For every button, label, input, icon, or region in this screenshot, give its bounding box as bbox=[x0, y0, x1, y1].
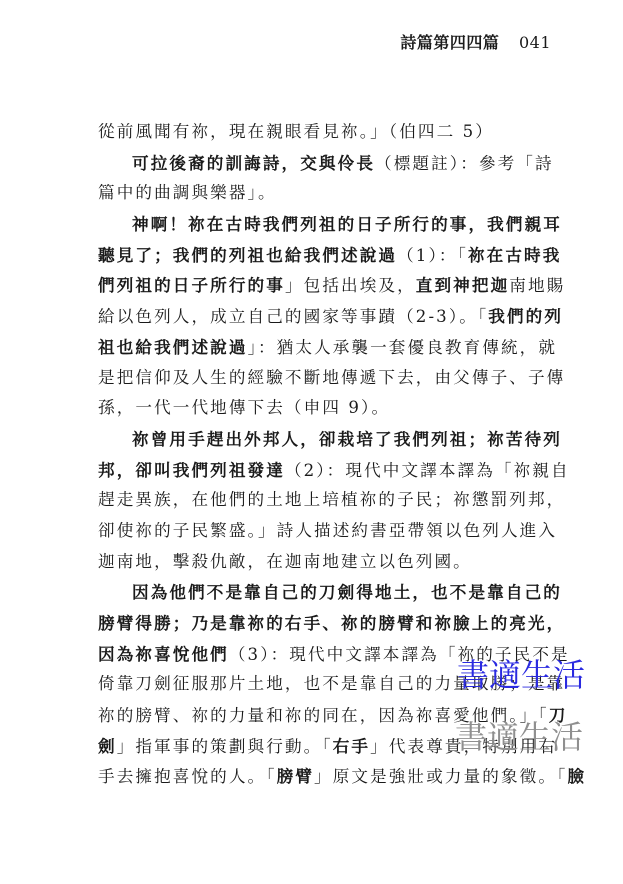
text-line: 趕走異族，在他們的土地上培植祢的子民；祢懲罰列邦， bbox=[98, 485, 543, 516]
commentary-text: 篇中的曲調與樂器」。 bbox=[98, 183, 277, 202]
text-line: 膀臂得勝；乃是靠祢的右手、祢的膀臂和祢臉上的亮光， bbox=[98, 608, 543, 639]
commentary-text: 」原文是強壯或力量的象徵。「 bbox=[314, 767, 567, 786]
running-header: 詩篇第四四篇 041 bbox=[400, 30, 551, 53]
text-line: 手去擁抱喜悅的人。「膀臂」原文是強壯或力量的象徵。「臉 bbox=[98, 761, 543, 792]
commentary-text: 」指軍事的策劃與行動。「 bbox=[117, 737, 333, 756]
bold-scripture-text: 可拉後裔的訓誨詩，交與伶長 bbox=[132, 153, 375, 173]
text-line: 孫，一代一代地傳下去（申四 9）。 bbox=[98, 393, 543, 424]
commentary-text: 」：猶太人承襲一套優良教育傳統，就 bbox=[248, 338, 558, 357]
commentary-text: 是把信仰及人生的經驗不斷地傳遞下去，由父傳子、子傳 bbox=[98, 368, 565, 387]
running-title: 詩篇第四四篇 bbox=[400, 33, 499, 52]
bold-scripture-text: 膀臂得勝；乃是靠祢的右手、祢的膀臂和祢臉上的亮光， bbox=[98, 613, 565, 633]
commentary-text: （2）：現代中文譯本譯為「祢親自 bbox=[285, 461, 570, 480]
text-line: 可拉後裔的訓誨詩，交與伶長（標題註）：參考「詩 bbox=[98, 148, 543, 179]
text-line: 迦南地，擊殺仇敵，在迦南地建立以色列國。 bbox=[98, 547, 543, 578]
bold-scripture-text: 神啊！祢在古時我們列祖的日子所行的事，我們親耳 bbox=[132, 214, 562, 234]
bold-scripture-text: 右手 bbox=[333, 736, 370, 756]
text-line: 篇中的曲調與樂器」。 bbox=[98, 178, 543, 209]
text-line: 從前風聞有祢，現在親眼看見祢。」（伯四二 5） bbox=[98, 117, 543, 148]
bold-scripture-text: 臉 bbox=[567, 766, 586, 786]
text-line: 祢曾用手趕出外邦人，卻栽培了我們列祖；祢苦待列 bbox=[98, 424, 543, 455]
bold-scripture-text: 聽見了；我們的列祖也給我們述說過 bbox=[98, 245, 397, 265]
watermark-gray: 書適生活 bbox=[455, 712, 583, 758]
bold-scripture-text: 因為祢喜悅他們 bbox=[98, 644, 229, 664]
page-number: 041 bbox=[519, 33, 551, 52]
bold-scripture-text: 我們的列 bbox=[488, 306, 563, 326]
commentary-text: （標題註）：參考「詩 bbox=[375, 154, 554, 173]
text-line: 神啊！祢在古時我們列祖的日子所行的事，我們親耳 bbox=[98, 209, 543, 240]
text-line: 因為他們不是靠自己的刀劍得地土，也不是靠自己的 bbox=[98, 577, 543, 608]
text-line: 祖也給我們述說過」：猶太人承襲一套優良教育傳統，就 bbox=[98, 332, 543, 363]
text-line: 給以色列人，成立自己的國家等事蹟（2-3）。「我們的列 bbox=[98, 301, 543, 332]
text-line: 卻使祢的子民繁盛。」詩人描述約書亞帶領以色列人進入 bbox=[98, 516, 543, 547]
commentary-text: 南地賜 bbox=[509, 276, 565, 295]
bold-scripture-text: 膀臂 bbox=[277, 766, 314, 786]
commentary-text: 孫，一代一代地傳下去（申四 9）。 bbox=[98, 398, 390, 417]
text-line: 聽見了；我們的列祖也給我們述說過（1）：「祢在古時我 bbox=[98, 240, 543, 271]
watermark-blue: 書適生活 bbox=[457, 650, 585, 696]
commentary-text: 」包括出埃及， bbox=[285, 276, 416, 295]
bold-scripture-text: 們列祖的日子所行的事 bbox=[98, 275, 285, 295]
commentary-text: 手去擁抱喜悅的人。「 bbox=[98, 767, 277, 786]
commentary-text: 給以色列人，成立自己的國家等事蹟（2-3）。「 bbox=[98, 307, 488, 326]
bold-scripture-text: 祢曾用手趕出外邦人，卻栽培了我們列祖；祢苦待列 bbox=[132, 429, 562, 449]
text-line: 邦，卻叫我們列祖發達（2）：現代中文譯本譯為「祢親自 bbox=[98, 455, 543, 486]
bold-scripture-text: 祖也給我們述說過 bbox=[98, 337, 248, 357]
bold-scripture-text: 直到神把迦 bbox=[416, 275, 509, 295]
bold-scripture-text: 因為他們不是靠自己的刀劍得地土，也不是靠自己的 bbox=[132, 582, 562, 602]
commentary-text: 卻使祢的子民繁盛。」詩人描述約書亞帶領以色列人進入 bbox=[98, 521, 557, 540]
commentary-text: 從前風聞有祢，現在親眼看見祢。」（伯四二 5） bbox=[98, 122, 494, 141]
commentary-text: 趕走異族，在他們的土地上培植祢的子民；祢懲罰列邦， bbox=[98, 490, 565, 509]
commentary-text: （1）：「 bbox=[397, 246, 468, 265]
commentary-text: 迦南地，擊殺仇敵，在迦南地建立以色列國。 bbox=[98, 552, 472, 571]
bold-scripture-text: 祢在古時我 bbox=[468, 245, 561, 265]
text-line: 們列祖的日子所行的事」包括出埃及，直到神把迦南地賜 bbox=[98, 270, 543, 301]
bold-scripture-text: 劍 bbox=[98, 736, 117, 756]
text-line: 是把信仰及人生的經驗不斷地傳遞下去，由父傳子、子傳 bbox=[98, 363, 543, 394]
bold-scripture-text: 邦，卻叫我們列祖發達 bbox=[98, 460, 285, 480]
